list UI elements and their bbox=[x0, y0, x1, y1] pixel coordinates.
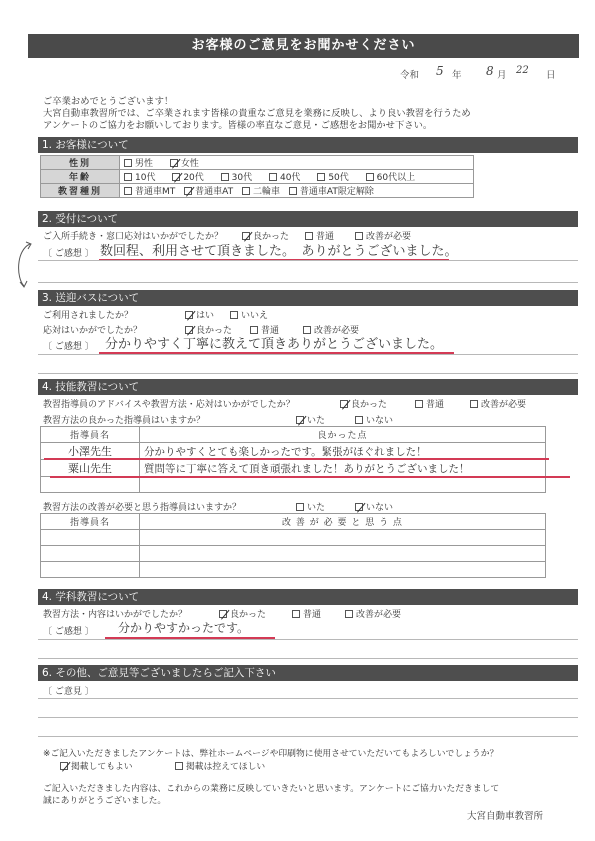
checked-checkbox-icon[interactable] bbox=[355, 503, 363, 511]
good-point-field[interactable] bbox=[140, 477, 546, 493]
checkbox-icon[interactable] bbox=[242, 187, 250, 195]
driving-option-improve[interactable]: 改善が必要 bbox=[470, 397, 526, 410]
comment-line bbox=[38, 282, 578, 283]
bus-usage-option-no[interactable]: いいえ bbox=[230, 308, 268, 321]
date-month-field[interactable]: 8 bbox=[486, 64, 494, 78]
red-underline bbox=[44, 458, 549, 460]
bus-usage-question: ご利用されましたか？ bbox=[43, 308, 133, 321]
gender-option-female[interactable]: 女性 bbox=[170, 156, 199, 169]
comment-line bbox=[38, 698, 578, 699]
age-option-20s[interactable]: 20代 bbox=[172, 170, 203, 183]
reception-comment-field[interactable]: 数回程、利用させて頂きました。 ありがとうございました。 bbox=[100, 240, 458, 259]
classroom-comment-label: 〔 ご感想 〕 bbox=[43, 624, 94, 637]
section-bus-heading: 3. 送迎バスについて bbox=[38, 290, 578, 306]
date-day-label: 日 bbox=[546, 67, 556, 81]
checkbox-icon[interactable] bbox=[289, 187, 297, 195]
consent-option-decline[interactable]: 掲載は控えてほしい bbox=[175, 759, 265, 772]
checkbox-icon[interactable] bbox=[124, 187, 132, 195]
improve-point-field[interactable] bbox=[140, 546, 546, 562]
checked-checkbox-icon[interactable] bbox=[219, 610, 227, 618]
checkbox-icon[interactable] bbox=[269, 173, 277, 181]
checked-checkbox-icon[interactable] bbox=[170, 159, 178, 167]
col-instructor-name: 指導員名 bbox=[41, 514, 140, 530]
checked-checkbox-icon[interactable] bbox=[184, 187, 192, 195]
checkbox-icon[interactable] bbox=[292, 610, 300, 618]
col-improve-points: 改 善 が 必 要 と 思 う 点 bbox=[140, 514, 546, 530]
course-option-motorcycle[interactable]: 二輪車 bbox=[242, 184, 280, 197]
checkbox-icon[interactable] bbox=[470, 400, 478, 408]
other-comment-label: 〔 ご意見 〕 bbox=[43, 684, 94, 697]
classroom-comment-field[interactable]: 分かりやすかったです。 bbox=[118, 619, 249, 636]
col-instructor-name: 指導員名 bbox=[41, 427, 140, 443]
good-instructor-option-yes[interactable]: いた bbox=[296, 413, 325, 426]
course-option-mt[interactable]: 普通車MT bbox=[124, 184, 175, 197]
instructor-name-field[interactable] bbox=[41, 530, 140, 546]
intro-line-3: アンケートのご協力をお願いしております。皆様の率直なご意見・ご感想をお聞かせ下さ… bbox=[43, 120, 432, 132]
date-year-label: 年 bbox=[452, 67, 462, 81]
col-good-points: 良かった点 bbox=[140, 427, 546, 443]
checkbox-icon[interactable] bbox=[175, 762, 183, 770]
driving-option-normal[interactable]: 普通 bbox=[415, 397, 444, 410]
age-option-50s[interactable]: 50代 bbox=[317, 170, 348, 183]
course-type-label: 教習種別 bbox=[41, 184, 120, 198]
section-other-heading: 6. その他、ご意見等ございましたらご記入下さい bbox=[38, 665, 578, 681]
bus-comment-label: 〔 ご感想 〕 bbox=[43, 339, 94, 352]
school-signature: 大宮自動車教習所 bbox=[467, 808, 543, 822]
checked-checkbox-icon[interactable] bbox=[185, 311, 193, 319]
form-title: お客様のご意見をお聞かせください bbox=[28, 34, 579, 58]
good-instructor-question: 教習方法の良かった指導員はいますか？ bbox=[43, 413, 205, 426]
checkbox-icon[interactable] bbox=[355, 416, 363, 424]
reception-comment-label: 〔 ご感想 〕 bbox=[43, 246, 94, 259]
checked-checkbox-icon[interactable] bbox=[242, 232, 250, 240]
checked-checkbox-icon[interactable] bbox=[340, 400, 348, 408]
checked-checkbox-icon[interactable] bbox=[172, 173, 180, 181]
instructor-name-field[interactable] bbox=[41, 562, 140, 578]
checkbox-icon[interactable] bbox=[124, 159, 132, 167]
improve-point-field[interactable] bbox=[140, 562, 546, 578]
table-row bbox=[41, 546, 546, 562]
date-month-label: 月 bbox=[497, 67, 507, 81]
intro-greeting: ご卒業おめでとうございます！ bbox=[43, 96, 173, 108]
date-day-field[interactable]: 22 bbox=[516, 65, 529, 76]
driving-option-good[interactable]: 良かった bbox=[340, 397, 387, 410]
improve-point-field[interactable] bbox=[140, 530, 546, 546]
section-customer-heading: 1. お客様について bbox=[38, 137, 578, 153]
closing-line-2: 誠にありがとうございました。 bbox=[43, 793, 166, 806]
intro-line-2: 大宮自動車教習所では、ご卒業されます皆様の貴重なご意見を業務に反映し、より良い教… bbox=[43, 108, 471, 120]
improve-instructor-option-no[interactable]: いない bbox=[355, 500, 393, 513]
table-row bbox=[41, 530, 546, 546]
checkbox-icon[interactable] bbox=[366, 173, 374, 181]
date-year-field[interactable]: 5 bbox=[436, 64, 444, 78]
checkbox-icon[interactable] bbox=[317, 173, 325, 181]
checked-checkbox-icon[interactable] bbox=[296, 416, 304, 424]
checkbox-icon[interactable] bbox=[355, 232, 363, 240]
checkbox-icon[interactable] bbox=[345, 610, 353, 618]
course-option-at[interactable]: 普通車AT bbox=[184, 184, 233, 197]
table-row bbox=[41, 477, 546, 493]
curved-arrow-icon bbox=[14, 240, 38, 290]
course-type-row: 教習種別 普通車MT 普通車AT 二輪車 普通車AT限定解除 bbox=[41, 184, 474, 198]
red-underline bbox=[50, 476, 570, 478]
instructor-name-field[interactable]: 小澤先生 bbox=[41, 443, 140, 460]
table-row: 小澤先生 分かりやすくとても楽しかったです。緊張がほぐれました！ bbox=[41, 443, 546, 460]
other-comment-field[interactable] bbox=[110, 682, 570, 696]
comment-line bbox=[38, 260, 578, 261]
section-reception-heading: 2. 受付について bbox=[38, 211, 578, 227]
gender-option-male[interactable]: 男性 bbox=[124, 156, 153, 169]
classroom-option-normal[interactable]: 普通 bbox=[292, 607, 321, 620]
checkbox-icon[interactable] bbox=[296, 503, 304, 511]
comment-line bbox=[38, 354, 578, 355]
section-classroom-heading: 4. 学科教習について bbox=[38, 589, 578, 605]
instructor-name-field[interactable] bbox=[41, 546, 140, 562]
comment-line bbox=[38, 717, 578, 718]
instructor-name-field[interactable]: 粟山先生 bbox=[41, 460, 140, 477]
table-row: 粟山先生 質問等に丁寧に答えて頂き頑張れました！ありがとうございました！ bbox=[41, 460, 546, 477]
gender-row: 性別 男性 女性 bbox=[41, 156, 474, 170]
bus-comment-field[interactable]: 分かりやすく丁寧に教えて頂きありがとうございました。 bbox=[105, 333, 443, 352]
age-option-60s-plus[interactable]: 60代以上 bbox=[366, 170, 415, 183]
checkbox-icon[interactable] bbox=[230, 311, 238, 319]
age-option-30s[interactable]: 30代 bbox=[221, 170, 252, 183]
consent-question: ※ご記入いただきましたアンケートは、弊社ホームページや印刷物に使用させていただい… bbox=[43, 746, 498, 759]
bus-usage-option-yes[interactable]: はい bbox=[185, 308, 214, 321]
comment-line bbox=[38, 658, 578, 659]
good-point-field[interactable]: 質問等に丁寧に答えて頂き頑張れました！ありがとうございました！ bbox=[140, 460, 546, 477]
customer-info-table: 性別 男性 女性 年齢 10代 20代 30代 40代 50代 60代以上 教習… bbox=[40, 155, 474, 198]
checkbox-icon[interactable] bbox=[305, 232, 313, 240]
date-era: 令和 bbox=[400, 67, 419, 81]
checkbox-icon[interactable] bbox=[124, 173, 132, 181]
comment-line bbox=[38, 736, 578, 737]
consent-option-allow[interactable]: 掲載してもよい bbox=[60, 759, 133, 772]
comment-line bbox=[38, 639, 578, 640]
checked-checkbox-icon[interactable] bbox=[60, 762, 68, 770]
gender-label: 性別 bbox=[41, 156, 120, 170]
age-label: 年齢 bbox=[41, 170, 120, 184]
age-option-10s[interactable]: 10代 bbox=[124, 170, 155, 183]
improve-instructor-option-yes[interactable]: いた bbox=[296, 500, 325, 513]
good-point-field[interactable]: 分かりやすくとても楽しかったです。緊張がほぐれました！ bbox=[140, 443, 546, 460]
age-option-40s[interactable]: 40代 bbox=[269, 170, 300, 183]
age-row: 年齢 10代 20代 30代 40代 50代 60代以上 bbox=[41, 170, 474, 184]
course-option-at-removal[interactable]: 普通車AT限定解除 bbox=[289, 184, 374, 197]
section-driving-heading: 4. 技能教習について bbox=[38, 379, 578, 395]
table-row bbox=[41, 562, 546, 578]
instructor-name-field[interactable] bbox=[41, 477, 140, 493]
good-instructor-option-no[interactable]: いない bbox=[355, 413, 393, 426]
classroom-option-improve[interactable]: 改善が必要 bbox=[345, 607, 401, 620]
improve-instructor-question: 教習方法の改善が必要と思う指導員はいますか？ bbox=[43, 500, 241, 513]
comment-line bbox=[38, 373, 578, 374]
driving-instructor-question: 教習指導員のアドバイスや教習方法・応対はいかがでしたか？ bbox=[43, 397, 295, 410]
checkbox-icon[interactable] bbox=[221, 173, 229, 181]
improve-instructor-table: 指導員名 改 善 が 必 要 と 思 う 点 bbox=[40, 513, 546, 578]
checkbox-icon[interactable] bbox=[415, 400, 423, 408]
